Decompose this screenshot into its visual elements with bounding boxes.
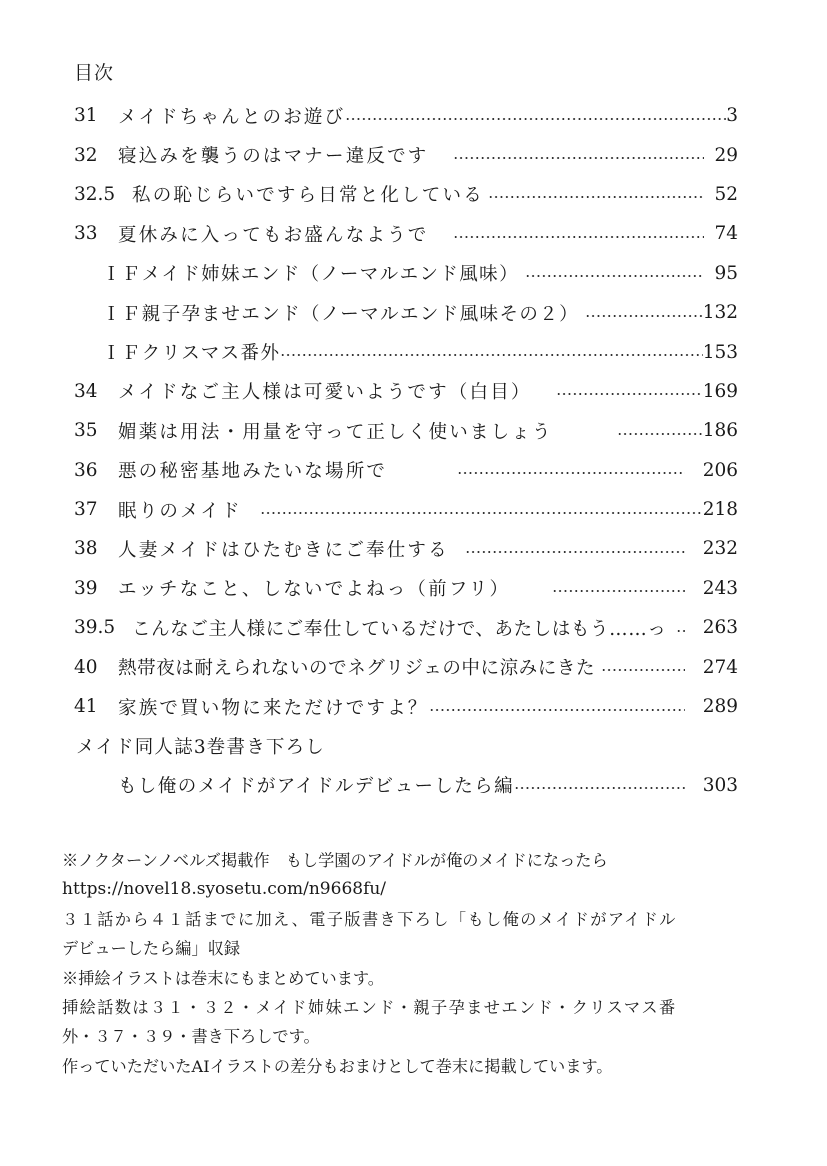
page-number: 186: [703, 420, 738, 441]
chapter-title: 熱帯夜は耐えられないのでネグリジェの中に涼みにきた: [118, 654, 595, 680]
toc-row: 39 エッチなこと、しないでよねっ（前フリ） 243: [74, 569, 738, 608]
dot-leader: [601, 669, 685, 671]
page-number: 263: [703, 617, 738, 638]
page-number: 169: [703, 381, 738, 402]
chapter-title: ＩＦクリスマス番外: [102, 339, 280, 365]
chapter-number: 32: [74, 145, 118, 166]
chapter-title: 人妻メイドはひたむきにご奉仕する: [118, 536, 449, 562]
chapter-title: 夏休みに入ってもお盛んなようで: [118, 221, 429, 247]
dot-leader: [488, 196, 704, 198]
chapter-number: 38: [74, 538, 118, 559]
chapter-title: 媚薬は用法・用量を守って正しく使いましょう: [118, 418, 553, 444]
page-number: 52: [714, 184, 738, 205]
note-illustrated-chapters-cont: 外・３７・３９・書き下ろしです。: [62, 1022, 772, 1051]
chapter-title: ＩＦメイド姉妹エンド（ノーマルエンド風味）: [102, 260, 519, 286]
page-number: 218: [703, 499, 738, 520]
chapter-number: 40: [74, 657, 118, 678]
dot-leader: [617, 433, 703, 435]
toc-row: 40 熱帯夜は耐えられないのでネグリジェの中に涼みにきた 274: [74, 647, 738, 686]
chapter-number: 35: [74, 420, 118, 441]
toc-row: 39.5 こんなご主人様にご奉仕しているだけで、あたしはもう……っ 263: [74, 608, 738, 647]
chapter-number: 34: [74, 381, 118, 402]
dot-leader: [260, 512, 703, 514]
page-number: 153: [703, 342, 738, 363]
toc-row: もし俺のメイドがアイドルデビューしたら編 303: [74, 766, 738, 805]
note-illustrated-chapters: 挿絵話数は３１・３２・メイド姉妹エンド・親子孕ませエンド・クリスマス番: [62, 993, 772, 1022]
toc-section-heading: メイド同人誌3巻書き下ろし: [74, 726, 738, 765]
dot-leader: [556, 393, 703, 395]
chapter-number: 39.5: [74, 617, 132, 638]
note-illustrations: ※挿絵イラストは巻末にもまとめています。: [62, 964, 772, 993]
page-number: 232: [703, 538, 738, 559]
dot-leader: [457, 472, 685, 474]
chapter-number: 32.5: [74, 184, 132, 205]
chapter-title: 悪の秘密基地みたいな場所で: [118, 457, 387, 483]
chapter-title: もし俺のメイドがアイドルデビューしたら編: [118, 772, 514, 798]
toc-row: ＩＦ親子孕ませエンド（ノーマルエンド風味その２） 132: [74, 293, 738, 332]
section-label: メイド同人誌3巻書き下ろし: [76, 733, 325, 759]
notes-block: ※ノクターンノベルズ掲載作 もし学園のアイドルが俺のメイドになったら https…: [62, 846, 772, 1081]
toc-row: 33 夏休みに入ってもお盛んなようで 74: [74, 214, 738, 253]
dot-leader: [465, 551, 685, 553]
page-number: 3: [726, 105, 738, 126]
toc-row: 32.5 私の恥じらいですら日常と化している 52: [74, 175, 738, 214]
page-number: 206: [703, 460, 738, 481]
toc-list: 31 メイドちゃんとのお遊び 3 32 寝込みを襲うのはマナー違反です 29 3…: [74, 96, 738, 805]
dot-leader: [676, 630, 684, 632]
chapter-title: 寝込みを襲うのはマナー違反です: [118, 142, 429, 168]
dot-leader: [585, 315, 703, 317]
dot-leader: [345, 118, 726, 120]
dot-leader: [514, 787, 685, 789]
toc-row: 41 家族で買い物に来ただけですよ？ 289: [74, 687, 738, 726]
chapter-number: 36: [74, 460, 118, 481]
page-number: 274: [703, 657, 738, 678]
dot-leader: [429, 709, 685, 711]
chapter-number: 39: [74, 578, 118, 599]
chapter-title: 私の恥じらいですら日常と化している: [132, 181, 484, 207]
page-number: 243: [703, 578, 738, 599]
toc-row: ＩＦメイド姉妹エンド（ノーマルエンド風味） 95: [74, 254, 738, 293]
page-number: 29: [714, 145, 738, 166]
page-number: 303: [703, 775, 738, 796]
chapter-title: エッチなこと、しないでよねっ（前フリ）: [118, 575, 510, 601]
toc-row: 38 人妻メイドはひたむきにご奉仕する 232: [74, 529, 738, 568]
toc-row: 31 メイドちゃんとのお遊び 3: [74, 96, 738, 135]
toc-page: 目次 31 メイドちゃんとのお遊び 3 32 寝込みを襲うのはマナー違反です 2…: [0, 0, 827, 1166]
toc-row: 34 メイドなご主人様は可愛いようです（白目） 169: [74, 372, 738, 411]
chapter-number: 41: [74, 696, 118, 717]
page-number: 74: [714, 223, 738, 244]
dot-leader: [552, 590, 684, 592]
note-source: ※ノクターンノベルズ掲載作 もし学園のアイドルが俺のメイドになったら: [62, 846, 772, 875]
toc-row: 36 悪の秘密基地みたいな場所で 206: [74, 451, 738, 490]
dot-leader: [525, 275, 704, 277]
note-url[interactable]: https://novel18.syosetu.com/n9668fu/: [62, 875, 772, 904]
dot-leader: [280, 354, 702, 356]
toc-row: 32 寝込みを襲うのはマナー違反です 29: [74, 135, 738, 174]
dot-leader: [453, 157, 704, 159]
note-contents-cont: デビューしたら編」収録: [62, 934, 772, 963]
chapter-title: ＩＦ親子孕ませエンド（ノーマルエンド風味その２）: [102, 300, 579, 326]
chapter-title: 眠りのメイド: [118, 497, 242, 523]
page-number: 289: [703, 696, 738, 717]
chapter-number: 31: [74, 105, 118, 126]
note-ai-bonus: 作っていただいたAIイラストの差分もおまけとして巻末に掲載しています。: [62, 1052, 772, 1081]
toc-row: ＩＦクリスマス番外 153: [74, 332, 738, 371]
page-number: 132: [703, 302, 738, 323]
toc-row: 37 眠りのメイド 218: [74, 490, 738, 529]
chapter-title: 家族で買い物に来ただけですよ？: [118, 694, 429, 720]
dot-leader: [453, 236, 704, 238]
note-contents: ３１話から４１話までに加え、電子版書き下ろし「もし俺のメイドがアイドル: [62, 905, 772, 934]
chapter-title: メイドちゃんとのお遊び: [118, 103, 345, 129]
chapter-number: 33: [74, 223, 118, 244]
chapter-title: メイドなご主人様は可愛いようです（白目）: [118, 378, 532, 404]
toc-row: 35 媚薬は用法・用量を守って正しく使いましょう 186: [74, 411, 738, 450]
toc-heading: 目次: [74, 58, 114, 85]
chapter-number: 37: [74, 499, 118, 520]
page-number: 95: [714, 263, 738, 284]
chapter-title: こんなご主人様にご奉仕しているだけで、あたしはもう……っ: [132, 615, 666, 641]
